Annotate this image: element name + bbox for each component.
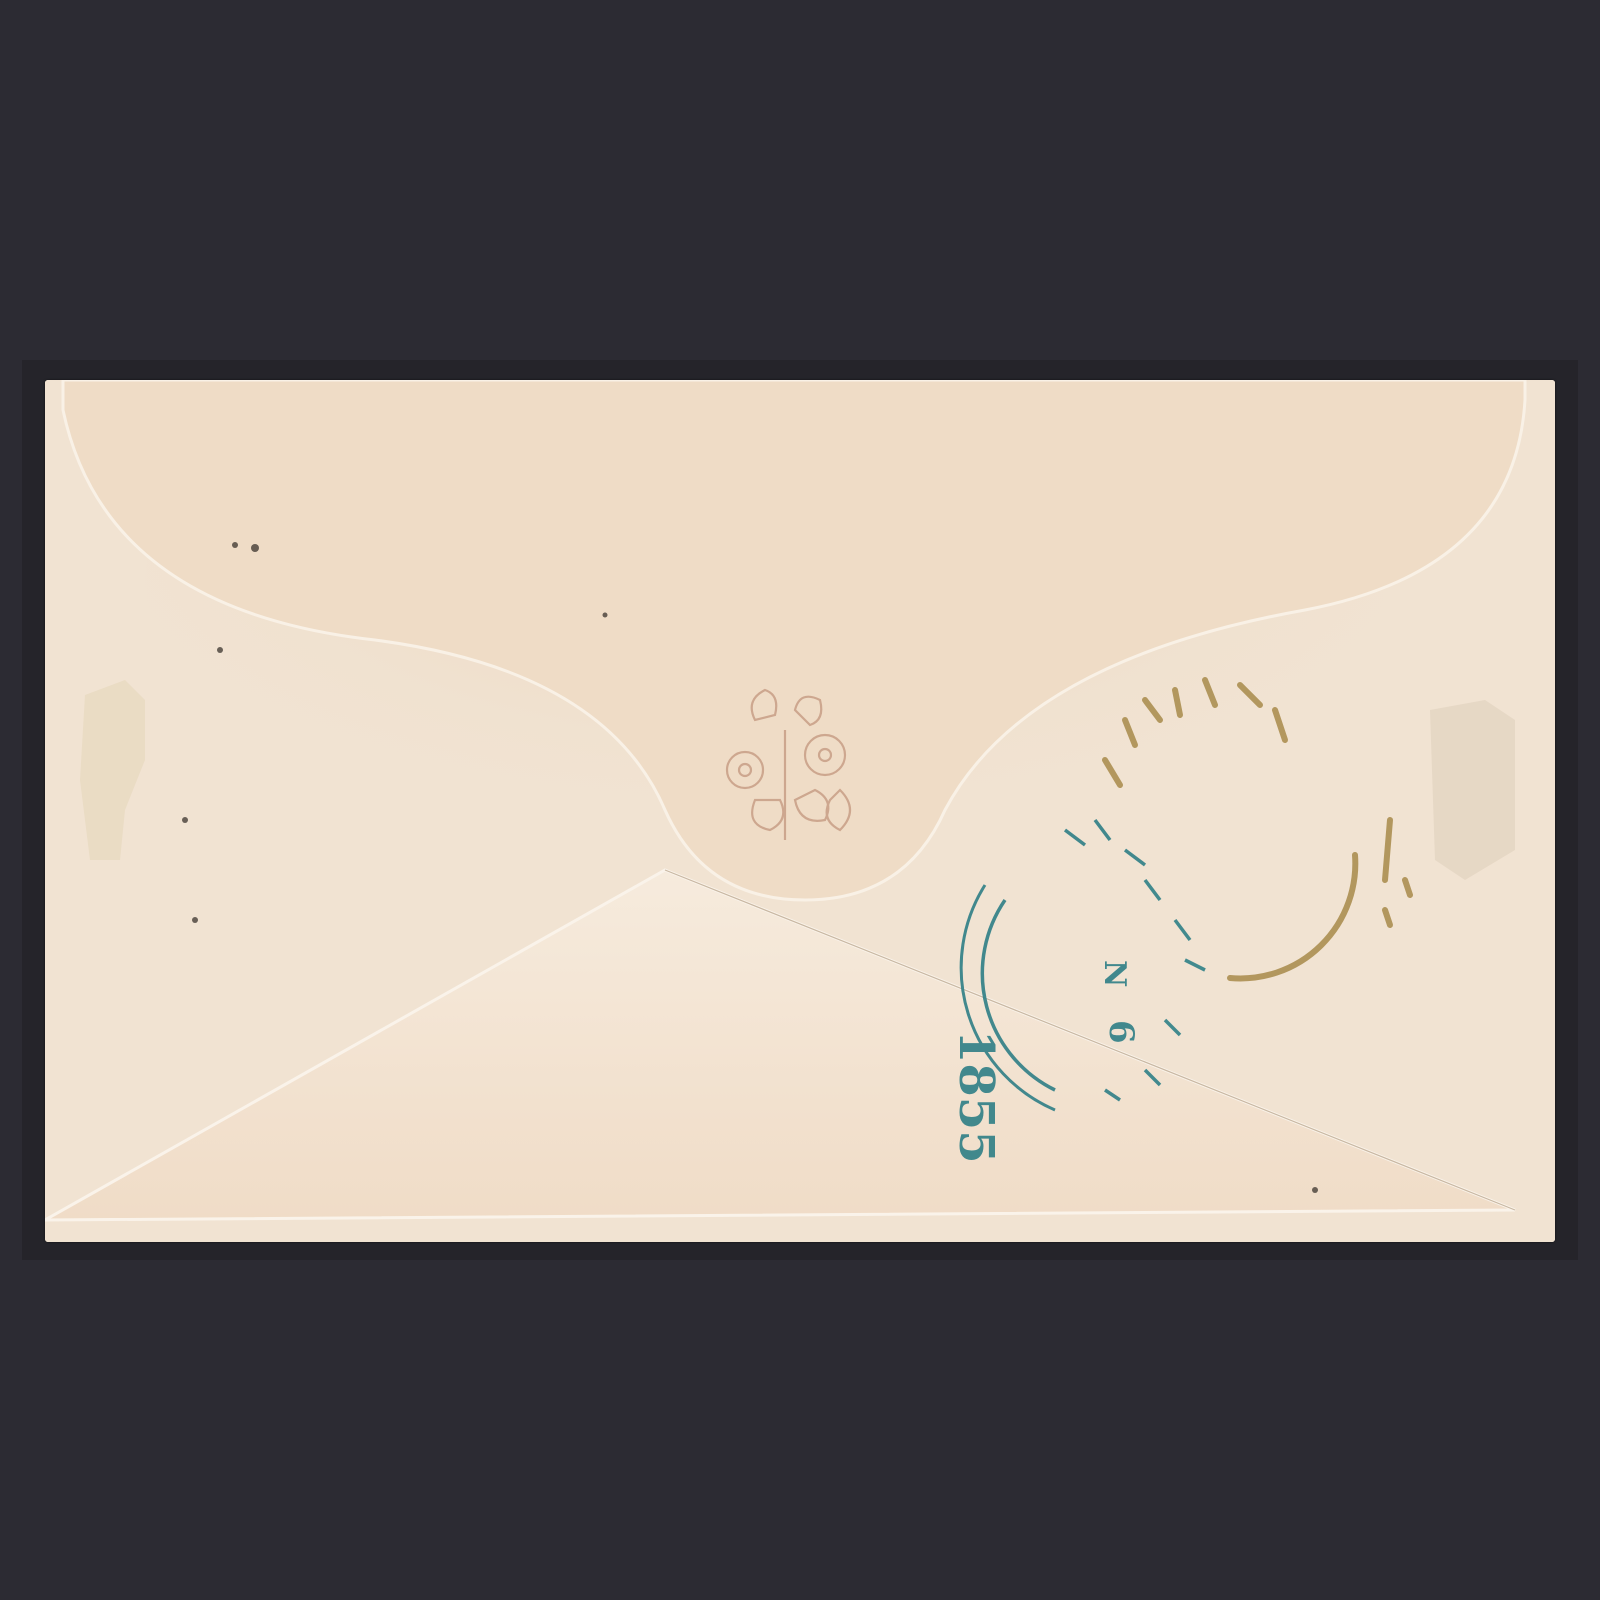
- hinge-remnant-right: [1430, 700, 1515, 880]
- datestamp-year: 1855: [948, 1030, 1004, 1164]
- envelope-back: 1855 6 N: [45, 380, 1555, 1242]
- envelope-illustration: 1855 6 N: [45, 380, 1555, 1242]
- datestamp-month: N: [1097, 960, 1132, 987]
- datestamp-day: 6: [1101, 1020, 1141, 1044]
